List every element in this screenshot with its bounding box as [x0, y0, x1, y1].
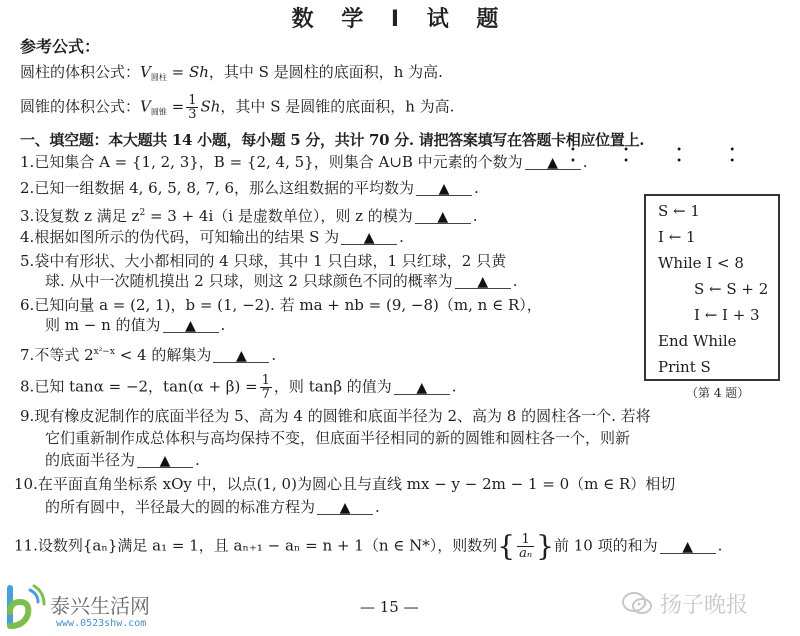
page-title: 数 学 Ⅰ 试 题	[0, 2, 800, 33]
question-text: 已知一组数据 4, 6, 5, 8, 7, 6，那么这组数据的平均数为	[34, 179, 414, 197]
triangle-icon: ▲	[439, 181, 450, 198]
page-number: — 15 —	[360, 598, 419, 616]
formula: Sh	[189, 63, 209, 81]
code-line: While I < 8	[658, 254, 744, 272]
question-number: 5.	[20, 252, 34, 270]
period: .	[195, 451, 200, 469]
numerator: 1	[260, 374, 272, 388]
denominator: 7	[260, 388, 272, 401]
question-number: 2.	[20, 179, 34, 197]
question-text: = 3 + 4i（i 是虚数单位），则 z 的模为	[145, 207, 413, 225]
answer-blank: ▲	[163, 315, 219, 333]
question-text: 它们重新制作成总体积与高均保持不变，但底面半径相同的新的圆锥和圆柱各一个，则新	[45, 429, 630, 447]
period: .	[718, 537, 723, 555]
question-text: 的底面半径为	[45, 451, 135, 469]
question-text: 现有橡皮泥制作的底面半径为 5、高为 4 的圆锥和底面半径为 2、高为 8 的圆…	[34, 407, 650, 425]
taixing-logo: 泰兴生活网 www.0523shw.com	[4, 584, 164, 634]
wechat-icon	[620, 590, 654, 618]
code-line: I ← 1	[658, 228, 696, 246]
question-2: 2.已知一组数据 4, 6, 5, 8, 7, 6，那么这组数据的平均数为▲.	[20, 178, 479, 198]
code-line: End While	[658, 332, 737, 350]
question-number: 9.	[20, 407, 34, 425]
code-line: Print S	[658, 358, 711, 376]
answer-blank: ▲	[416, 178, 472, 196]
period: .	[474, 179, 479, 197]
triangle-icon: ▲	[340, 500, 351, 517]
formula-label: 圆柱的体积公式：	[20, 63, 140, 81]
fraction: 1aₙ	[517, 533, 534, 560]
question-6-cont: 则 m − n 的值为▲.	[45, 315, 225, 335]
triangle-icon: ▲	[682, 539, 693, 556]
triangle-icon: ▲	[160, 453, 171, 470]
question-text: 不等式 2	[34, 346, 93, 364]
question-number: 1.	[20, 153, 34, 171]
question-number: 11.	[14, 537, 38, 555]
pseudocode-box: S ← 1 I ← 1 While I < 8 S ← S + 2 I ← I …	[644, 194, 780, 381]
question-10-cont: 的所有圆中，半径最大的圆的标准方程为▲.	[45, 497, 380, 517]
subscript: 圆锥	[151, 108, 167, 117]
period: .	[399, 228, 404, 246]
question-7: 7.不等式 2x²−x < 4 的解集为▲.	[20, 342, 276, 365]
answer-blank: ▲	[415, 206, 471, 224]
period: .	[583, 153, 588, 171]
answer-blank: ▲	[213, 345, 269, 363]
question-9-cont2: 的底面半径为▲.	[45, 450, 200, 470]
emphasis-dots: • • • • • • • •	[570, 145, 770, 167]
period: .	[375, 498, 380, 516]
formula-desc: ，其中 S 是圆柱的底面积，h 为高.	[209, 63, 443, 81]
denominator: 3	[186, 108, 198, 121]
answer-blank: ▲	[455, 271, 511, 289]
right-brace: }	[536, 530, 554, 563]
figure-caption: （第 4 题）	[686, 384, 749, 401]
question-9: 9.现有橡皮泥制作的底面半径为 5、高为 4 的圆锥和底面半径为 2、高为 8 …	[20, 406, 651, 426]
period: .	[452, 378, 457, 396]
volume-symbol: V	[140, 63, 151, 81]
question-number: 6.	[20, 296, 34, 314]
question-number: 10.	[14, 475, 38, 493]
answer-blank: ▲	[317, 497, 373, 515]
formula-desc: ，其中 S 是圆锥的底面积，h 为高.	[220, 98, 454, 116]
numerator: 1	[186, 94, 198, 108]
code-line: S ← 1	[658, 202, 700, 220]
period: .	[513, 272, 518, 290]
question-5-cont: 球. 从中一次随机摸出 2 只球，则这 2 只球颜色不同的概率为▲.	[45, 271, 517, 291]
period: .	[221, 316, 226, 334]
question-number: 4.	[20, 228, 34, 246]
logo-name: 扬子晚报	[660, 588, 748, 619]
fraction: 17	[260, 374, 272, 401]
denominator: aₙ	[517, 547, 534, 560]
question-number: 3.	[20, 207, 34, 225]
formula-label: 圆锥的体积公式：	[20, 98, 140, 116]
question-number: 7.	[20, 346, 34, 364]
question-4: 4.根据如图所示的伪代码，可知输出的结果 S 为▲.	[20, 227, 404, 247]
question-text: 已知集合 A = {1, 2, 3}，B = {2, 4, 5}，则集合 A∪B…	[34, 153, 522, 171]
triangle-icon: ▲	[477, 274, 488, 291]
equals: =	[167, 98, 184, 116]
question-text: 已知向量 a = (2, 1)，b = (1, −2). 若 ma + nb =…	[34, 296, 541, 314]
question-number: 8.	[20, 378, 34, 396]
question-text: 的所有圆中，半径最大的圆的标准方程为	[45, 498, 315, 516]
question-11: 11.设数列{aₙ}满足 a₁ = 1，且 aₙ₊₁ − aₙ = n + 1（…	[14, 533, 722, 560]
code-line: S ← S + 2	[694, 280, 768, 298]
code-line: I ← I + 3	[694, 306, 760, 324]
formula: Sh	[200, 98, 220, 116]
triangle-icon: ▲	[364, 230, 375, 247]
signal-logo-icon	[4, 584, 46, 630]
exam-page: 数 学 Ⅰ 试 题 参考公式： 圆柱的体积公式：V圆柱 = Sh，其中 S 是圆…	[0, 0, 800, 636]
question-6: 6.已知向量 a = (2, 1)，b = (1, −2). 若 ma + nb…	[20, 295, 542, 315]
period: .	[271, 346, 276, 364]
triangle-icon: ▲	[185, 318, 196, 335]
subscript: 圆柱	[151, 73, 167, 82]
question-text: 在平面直角坐标系 xOy 中，以点(1, 0)为圆心且与直线 mx − y − …	[38, 475, 675, 493]
question-text: 设复数 z 满足 z	[34, 207, 139, 225]
left-brace: {	[497, 530, 515, 563]
triangle-icon: ▲	[416, 380, 427, 397]
section-heading: 一、填空题：本大题共 14 小题，每小题 5 分，共计 70 分. 请把答案填写…	[20, 130, 644, 150]
answer-blank: ▲	[660, 536, 716, 554]
question-5: 5.袋中有形状、大小都相同的 4 只球，其中 1 只白球，1 只红球，2 只黄	[20, 251, 506, 271]
question-text: 球. 从中一次随机摸出 2 只球，则这 2 只球颜色不同的概率为	[45, 272, 453, 290]
numerator: 1	[517, 533, 534, 547]
volume-symbol: V	[140, 98, 151, 116]
question-text: 根据如图所示的伪代码，可知输出的结果 S 为	[34, 228, 339, 246]
fraction: 13	[186, 94, 198, 121]
question-1: 1.已知集合 A = {1, 2, 3}，B = {2, 4, 5}，则集合 A…	[20, 152, 587, 172]
question-text: 则 m − n 的值为	[45, 316, 161, 334]
question-10: 10.在平面直角坐标系 xOy 中，以点(1, 0)为圆心且与直线 mx − y…	[14, 474, 675, 494]
equals: =	[167, 63, 189, 81]
cylinder-formula: 圆柱的体积公式：V圆柱 = Sh，其中 S 是圆柱的底面积，h 为高.	[20, 62, 443, 88]
superscript: x²−x	[94, 347, 115, 357]
question-text: < 4 的解集为	[115, 346, 211, 364]
triangle-icon: ▲	[547, 155, 558, 172]
cone-formula: 圆锥的体积公式：V圆锥 =13Sh，其中 S 是圆锥的底面积，h 为高.	[20, 94, 454, 123]
question-3: 3.设复数 z 满足 z2 = 3 + 4i（i 是虚数单位），则 z 的模为▲…	[20, 203, 478, 226]
question-text: ，则 tanβ 的值为	[274, 378, 392, 396]
answer-blank: ▲	[341, 227, 397, 245]
question-8: 8.已知 tanα = −2，tan(α + β) =17，则 tanβ 的值为…	[20, 374, 457, 401]
logo-url: www.0523shw.com	[56, 618, 146, 629]
triangle-icon: ▲	[236, 348, 247, 365]
answer-blank: ▲	[525, 152, 581, 170]
question-text: 已知 tanα = −2，tan(α + β) =	[34, 378, 257, 396]
reference-heading: 参考公式：	[20, 37, 100, 57]
yangzi-logo: 扬子晚报	[620, 588, 790, 618]
answer-blank: ▲	[137, 450, 193, 468]
question-9-cont: 它们重新制作成总体积与高均保持不变，但底面半径相同的新的圆锥和圆柱各一个，则新	[45, 428, 630, 448]
answer-blank: ▲	[394, 377, 450, 395]
triangle-icon: ▲	[437, 209, 448, 226]
question-text: 前 10 项的和为	[554, 537, 658, 555]
period: .	[473, 207, 478, 225]
logo-name: 泰兴生活网	[50, 590, 150, 619]
question-text: 袋中有形状、大小都相同的 4 只球，其中 1 只白球，1 只红球，2 只黄	[34, 252, 506, 270]
question-text: 设数列{aₙ}满足 a₁ = 1，且 aₙ₊₁ − aₙ = n + 1（n ∈…	[38, 537, 497, 555]
